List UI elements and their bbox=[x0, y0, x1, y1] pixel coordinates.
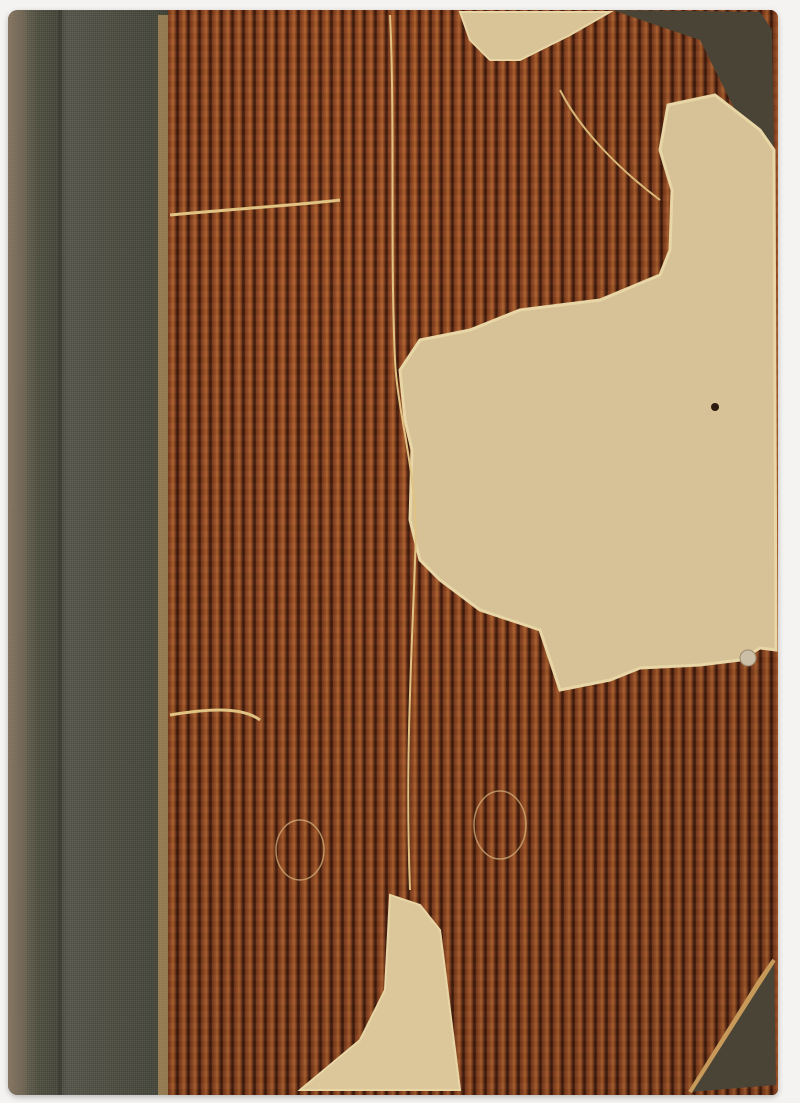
exposed-board-top bbox=[460, 12, 610, 60]
wear-overlay bbox=[0, 0, 800, 1103]
exposed-board-large bbox=[400, 95, 776, 690]
stain-ring bbox=[276, 820, 324, 880]
paper-edge-wear bbox=[158, 15, 168, 1095]
stain-ring bbox=[474, 791, 526, 859]
crack-line bbox=[170, 710, 260, 720]
crack-line bbox=[170, 200, 340, 215]
ink-speck bbox=[711, 403, 719, 411]
exposed-board-bottom bbox=[300, 895, 460, 1090]
crack-line bbox=[560, 90, 660, 200]
glue-blob bbox=[740, 650, 756, 666]
